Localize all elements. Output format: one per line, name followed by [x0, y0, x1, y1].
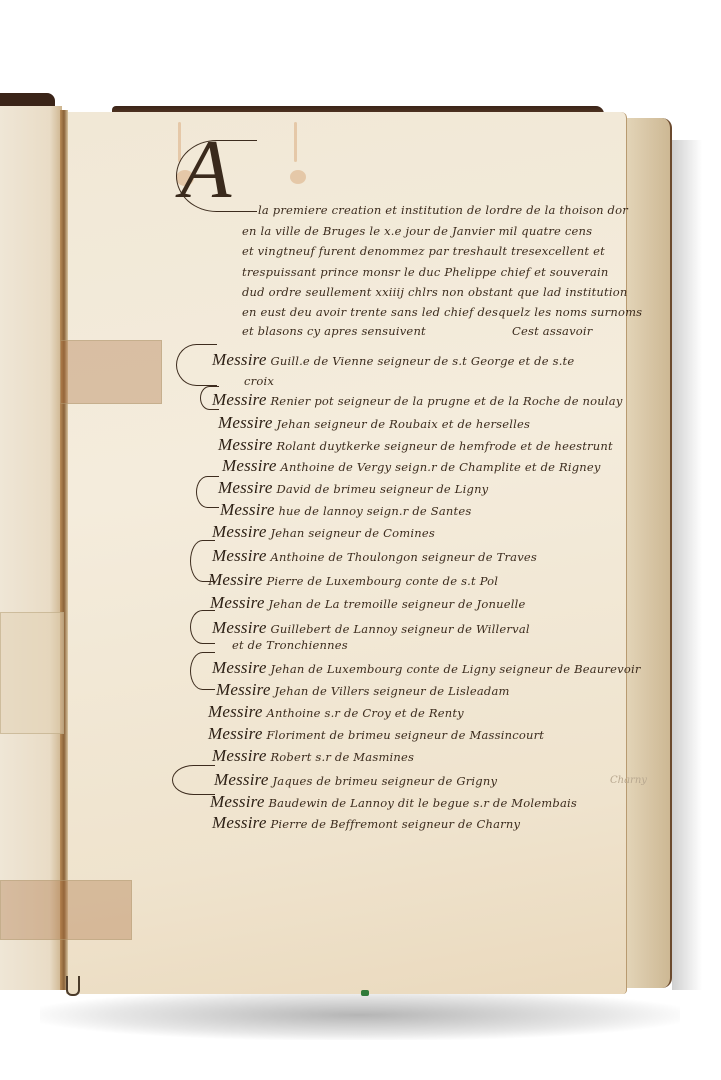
roster-entry: Messire Renier pot seigneur de la prugne…	[212, 390, 623, 410]
entry-title: Messire	[222, 456, 277, 475]
roster-entry: Messire Guillebert de Lannoy seigneur de…	[212, 618, 530, 638]
entry-title: Messire	[218, 435, 273, 454]
entry-title: Messire	[212, 746, 267, 765]
entry-text: Jehan seigneur de Comines	[270, 526, 435, 540]
entry-text: Floriment de brimeu seigneur de Massinco…	[266, 728, 544, 742]
roster-entry: Messire Jehan seigneur de Roubaix et de …	[218, 413, 530, 433]
entry-text: Rolant duytkerke seigneur de hemfrode et…	[276, 439, 612, 453]
entry-text: Jehan de Villers seigneur de Lisleadam	[274, 684, 509, 698]
entry-title: Messire	[212, 390, 267, 409]
roster-entry: Messire Jehan de Villers seigneur de Lis…	[216, 680, 510, 700]
entry-text: Jehan de Luxembourg conte de Ligny seign…	[270, 662, 640, 676]
roster-entry: Messire Guill.e de Vienne seigneur de s.…	[212, 350, 574, 370]
entry-text: hue de lannoy seign.r de Santes	[278, 504, 471, 518]
roster-entry: Messire Anthoine de Vergy seign.r de Cha…	[222, 456, 601, 476]
roster-entry: Messire Jaques de brimeu seigneur de Gri…	[214, 770, 497, 790]
entry-title: Messire	[218, 413, 273, 432]
entry-title: Messire	[210, 593, 265, 612]
roster-entry: Messire Rolant duytkerke seigneur de hem…	[218, 435, 613, 455]
roster-entry: Messire Pierre de Luxembourg conte de s.…	[208, 570, 498, 590]
heading-line: dud ordre seullement xxiiij chlrs non ob…	[242, 285, 627, 299]
entry-title: Messire	[218, 478, 273, 497]
entry-flourish	[200, 386, 219, 410]
entry-title: Messire	[212, 658, 267, 677]
manuscript-text: A la premiere creation et institution de…	[0, 0, 721, 1080]
entry-flourish	[190, 540, 215, 582]
entry-title: Messire	[220, 500, 275, 519]
entry-text: Guillebert de Lannoy seigneur de Willerv…	[270, 622, 529, 636]
roster-entry: Messire Jehan de Luxembourg conte de Lig…	[212, 658, 641, 678]
heading-line: Cest assavoir	[512, 324, 593, 338]
entry-text: Jehan de La tremoille seigneur de Jonuel…	[268, 597, 525, 611]
entry-text: Anthoine s.r de Croy et de Renty	[266, 706, 463, 720]
entry-flourish	[172, 765, 215, 795]
entry-title: Messire	[216, 680, 271, 699]
entry-title: Messire	[214, 770, 269, 789]
heading-line: en eust deu avoir trente sans led chief …	[242, 305, 642, 319]
entry-title: Messire	[212, 522, 267, 541]
entry-text: Anthoine de Vergy seign.r de Champlite e…	[280, 460, 600, 474]
roster-entry: Messire Jehan de La tremoille seigneur d…	[210, 593, 525, 613]
entry-text: Robert s.r de Masmines	[270, 750, 414, 764]
entry-text: Anthoine de Thoulongon seigneur de Trave…	[270, 550, 537, 564]
roster-entry: Messire Baudewin de Lannoy dit le begue …	[210, 792, 577, 812]
entry-title: Messire	[208, 570, 263, 589]
entry-text: David de brimeu seigneur de Ligny	[276, 482, 488, 496]
entry-title: Messire	[212, 350, 267, 369]
roster-entry: Messire David de brimeu seigneur de Lign…	[218, 478, 488, 498]
heading-line: et blasons cy apres sensuivent	[242, 324, 426, 338]
marginal-note: Charny	[610, 775, 647, 786]
entry-flourish	[176, 344, 217, 386]
heading-line: en la ville de Bruges le x.e jour de Jan…	[242, 224, 592, 238]
initial-flourish	[176, 140, 257, 212]
entry-flourish	[196, 476, 219, 508]
entry-text: Guill.e de Vienne seigneur de s.t George…	[270, 354, 574, 368]
entry-text: Pierre de Luxembourg conte de s.t Pol	[266, 574, 498, 588]
entry-flourish	[190, 610, 215, 644]
entry-title: Messire	[212, 546, 267, 565]
roster-entry: Messire Floriment de brimeu seigneur de …	[208, 724, 544, 744]
entry-flourish	[190, 652, 215, 690]
entry-title: Messire	[208, 702, 263, 721]
entry-title: Messire	[212, 813, 267, 832]
heading-line: trespuissant prince monsr le duc Phelipp…	[242, 265, 609, 279]
entry-text: Baudewin de Lannoy dit le begue s.r de M…	[268, 796, 577, 810]
roster-entry: Messire Robert s.r de Masmines	[212, 746, 414, 766]
entry-text: Pierre de Beffremont seigneur de Charny	[270, 817, 520, 831]
entry-title: Messire	[210, 792, 265, 811]
entry-title: Messire	[212, 618, 267, 637]
entry-continuation: croix	[244, 374, 274, 388]
roster-entry: Messire Pierre de Beffremont seigneur de…	[212, 813, 520, 833]
roster-entry: Messire Jehan seigneur de Comines	[212, 522, 435, 542]
heading-line: la premiere creation et institution de l…	[258, 203, 628, 217]
roster-entry: Messire Anthoine s.r de Croy et de Renty	[208, 702, 464, 722]
roster-entry: Messire Anthoine de Thoulongon seigneur …	[212, 546, 537, 566]
entry-title: Messire	[208, 724, 263, 743]
entry-text: Jaques de brimeu seigneur de Grigny	[272, 774, 497, 788]
roster-entry: Messire hue de lannoy seign.r de Santes	[220, 500, 471, 520]
entry-text: Jehan seigneur de Roubaix et de herselle…	[276, 417, 530, 431]
entry-text: Renier pot seigneur de la prugne et de l…	[270, 394, 622, 408]
entry-continuation: et de Tronchiennes	[232, 638, 348, 652]
heading-line: et vingtneuf furent denommez par treshau…	[242, 244, 605, 258]
